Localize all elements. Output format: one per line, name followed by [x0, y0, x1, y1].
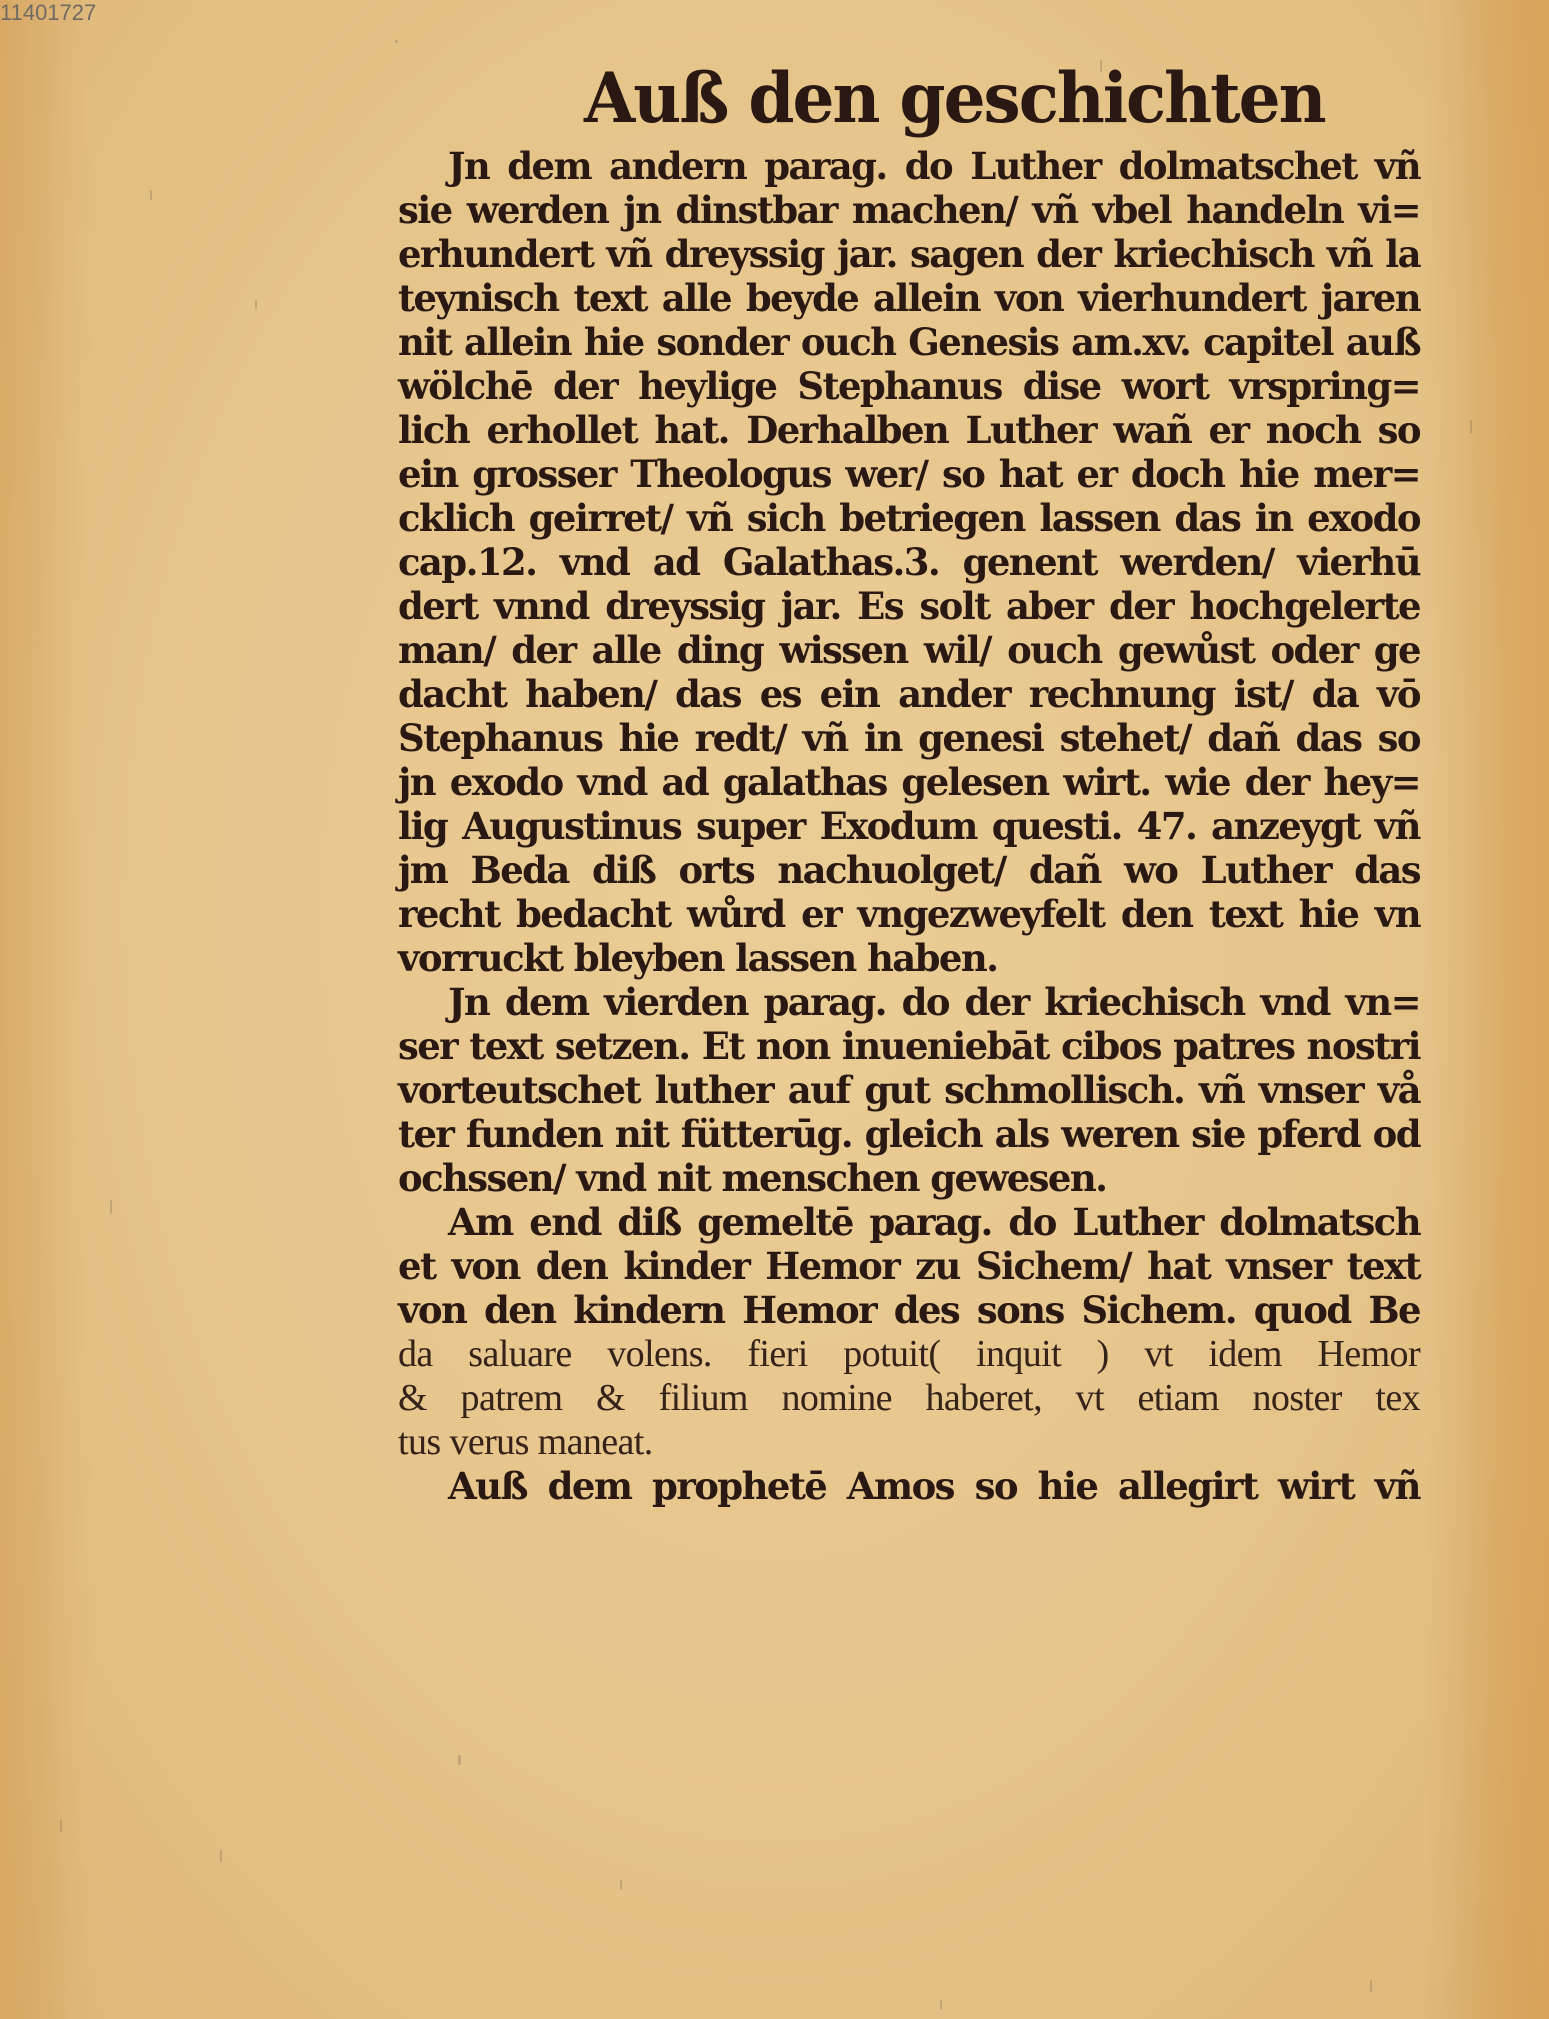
text-line: dacht haben/ das es ein ander rechnung i…	[398, 672, 1420, 716]
text-line: vorteutschet luther auf gut schmollisch.…	[398, 1068, 1420, 1112]
page-left-shadow	[0, 0, 70, 2019]
text-line: sie werden jn dinstbar machen/ vñ vbel h…	[398, 188, 1420, 232]
text-line: jm Beda diß orts nachuolget/ dañ wo Luth…	[398, 848, 1420, 892]
page-right-shadow	[1459, 0, 1549, 2019]
text-line-latin: da saluare volens. fieri potuit( inquit …	[398, 1332, 1420, 1376]
catalog-id-label: 11401727	[0, 0, 96, 26]
text-line: ter funden nit fütterūg. gleich als were…	[398, 1112, 1420, 1156]
text-line: dert vnnd dreyssig jar. Es solt aber der…	[398, 584, 1420, 628]
text-line: von den kindern Hemor des sons Sichem. q…	[398, 1288, 1420, 1332]
text-line-latin: tus verus maneat.	[398, 1420, 1420, 1464]
text-line: Auß dem prophetē Amos so hie allegirt wi…	[398, 1464, 1420, 1508]
text-line: vorruckt bleyben lassen haben.	[398, 936, 1420, 980]
text-line: Jn dem andern parag. do Luther dolmatsch…	[398, 144, 1420, 188]
text-line: et von den kinder Hemor zu Sichem/ hat v…	[398, 1244, 1420, 1288]
text-line: wölchē der heylige Stephanus dise wort v…	[398, 364, 1420, 408]
text-line: cklich geirret/ vñ sich betriegen lassen…	[398, 496, 1420, 540]
text-line: teynisch text alle beyde allein von vier…	[398, 276, 1420, 320]
text-line: lig Augustinus super Exodum questi. 47. …	[398, 804, 1420, 848]
text-line: ser text setzen. Et non inueniebāt cibos…	[398, 1024, 1420, 1068]
text-line: lich erhollet hat. Derhalben Luther wañ …	[398, 408, 1420, 452]
text-line: man/ der alle ding wissen wil/ ouch gewů…	[398, 628, 1420, 672]
text-line: ochssen/ vnd nit menschen gewesen.	[398, 1156, 1420, 1200]
text-line: Am end diß gemeltē parag. do Luther dolm…	[398, 1200, 1420, 1244]
text-line: nit allein hie sonder ouch Genesis am.xv…	[398, 320, 1420, 364]
text-line-latin: & patrem & filium nomine haberet, vt eti…	[398, 1376, 1420, 1420]
text-line: recht bedacht wůrd er vngezweyfelt den t…	[398, 892, 1420, 936]
text-line: cap.12. vnd ad Galathas.3. genent werden…	[398, 540, 1420, 584]
text-line: ein grosser Theologus wer/ so hat er doc…	[398, 452, 1420, 496]
page-heading: Auß den geschichten	[584, 50, 1443, 147]
text-line: erhundert vñ dreyssig jar. sagen der kri…	[398, 232, 1420, 276]
text-line: jn exodo vnd ad galathas gelesen wirt. w…	[398, 760, 1420, 804]
text-line: Stephanus hie redt/ vñ in genesi stehet/…	[398, 716, 1420, 760]
page-body: Auß den geschichten Jn dem andern parag.…	[398, 52, 1443, 1508]
text-line: Jn dem vierden parag. do der kriechisch …	[398, 980, 1420, 1024]
